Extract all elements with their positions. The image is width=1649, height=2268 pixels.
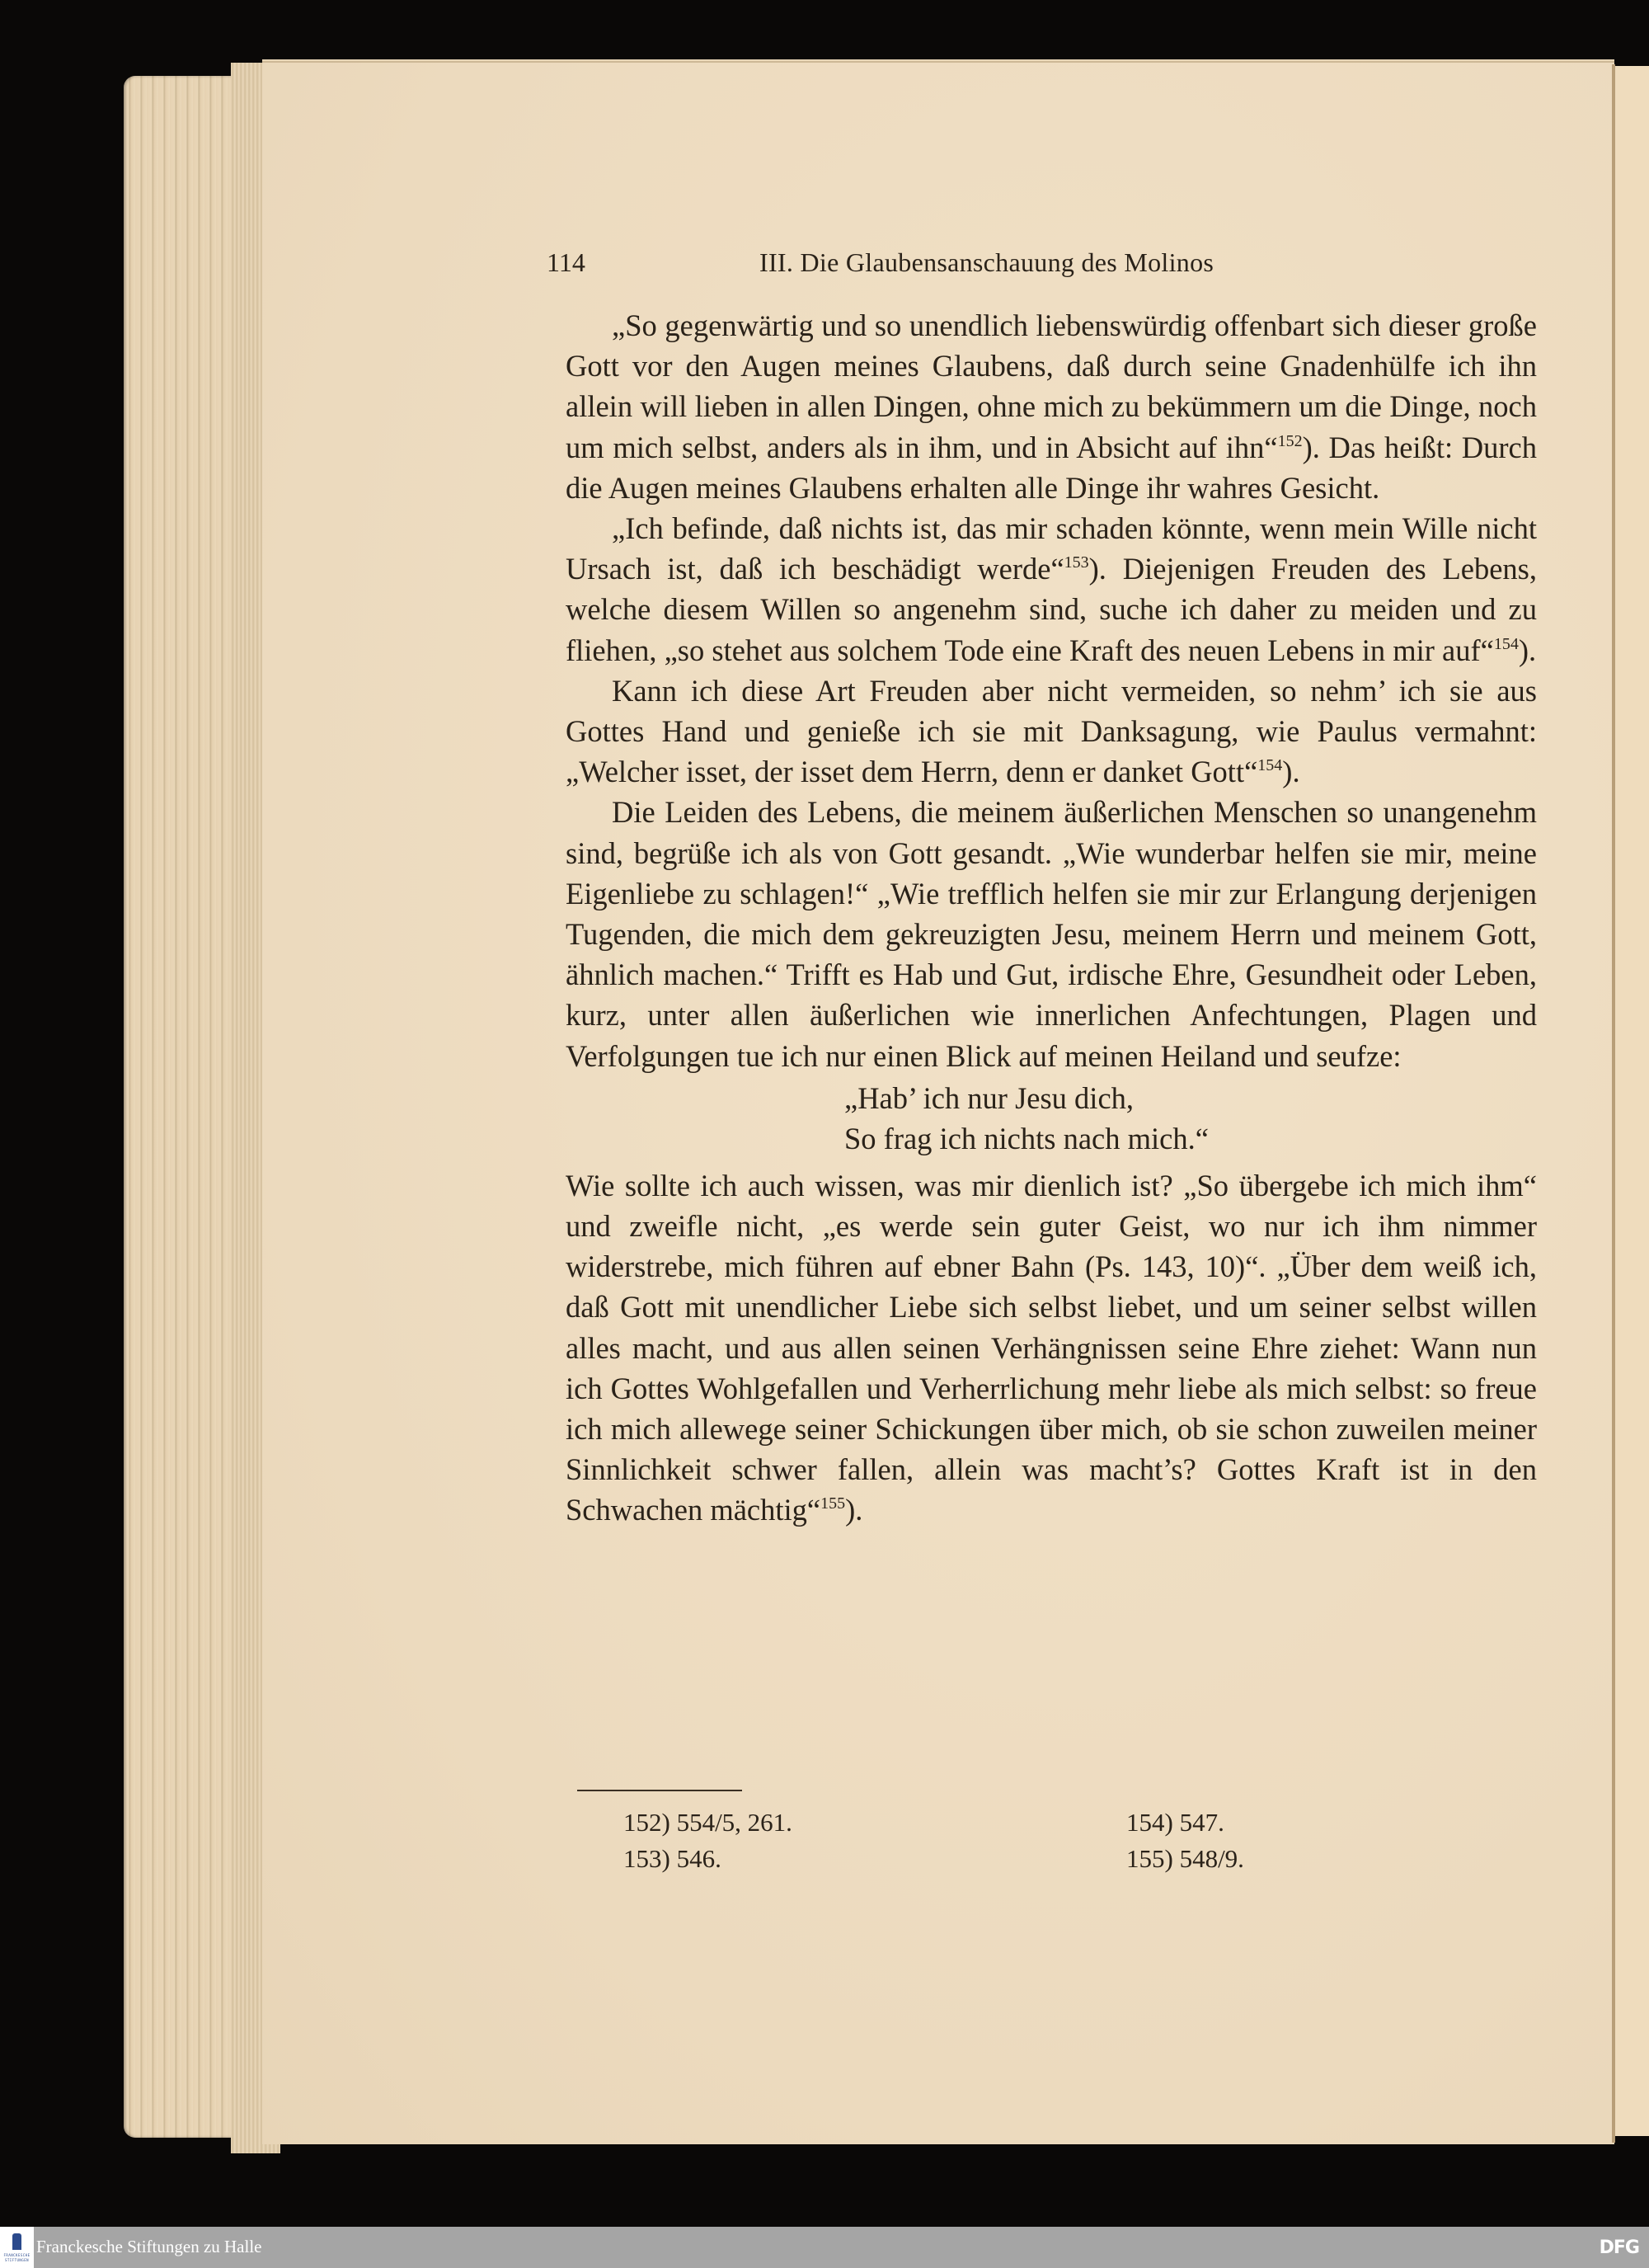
verse-quote: „Hab’ ich nur Jesu dich, So frag ich nic… [844, 1078, 1537, 1159]
footnote-155: 155) 548/9. [1126, 1841, 1244, 1877]
institution-logo[interactable]: FRANCKESCHE STIFTUNGEN [0, 2227, 34, 2268]
logo-text-2: STIFTUNGEN [1, 2258, 33, 2262]
logo-figure-icon [12, 2233, 21, 2250]
paragraph-3: Kann ich diese Art Freuden aber nicht ve… [566, 671, 1537, 793]
verse-line-2: So frag ich nichts nach mich.“ [844, 1118, 1537, 1159]
footnotes-left: 152) 554/5, 261. 153) 546. [623, 1805, 792, 1877]
paragraph-text: Wie sollte ich auch wissen, was mir dien… [566, 1169, 1537, 1527]
verse-line-1: „Hab’ ich nur Jesu dich, [844, 1078, 1537, 1118]
logo-text-1: FRANCKESCHE [1, 2253, 33, 2257]
page-top-edge [262, 59, 1614, 78]
paragraph-text: ). [1519, 633, 1536, 667]
facing-page-sliver [1615, 66, 1649, 2136]
footer-bar: FRANCKESCHE STIFTUNGEN Franckesche Stift… [0, 2227, 1649, 2268]
dfg-logo: DFG [1600, 2237, 1639, 2258]
page-number: 114 [547, 247, 585, 278]
chapter-title: III. Die Glaubensanschauung des Molinos [759, 247, 1214, 278]
footnote-152: 152) 554/5, 261. [623, 1805, 792, 1841]
paragraph-text: ). [845, 1493, 862, 1527]
footnote-ref: 154 [1257, 756, 1282, 774]
footnote-ref: 152 [1278, 432, 1303, 450]
body-text: „So gegenwärtig und so unendlich liebens… [566, 305, 1537, 1531]
footnote-ref: 153 [1064, 553, 1089, 572]
paragraph-1: „So gegenwärtig und so unendlich liebens… [566, 305, 1537, 508]
paragraph-2: „Ich befinde, daß nichts ist, das mir sc… [566, 508, 1537, 671]
paragraph-text: Kann ich diese Art Freuden aber nicht ve… [566, 674, 1537, 788]
institution-name: Franckesche Stiftungen zu Halle [36, 2237, 262, 2257]
paragraph-text: Die Leiden des Lebens, die meinem äußerl… [566, 795, 1537, 1072]
footnote-ref: 155 [820, 1494, 845, 1513]
paragraph-4: Die Leiden des Lebens, die meinem äußerl… [566, 792, 1537, 1075]
paragraph-5: Wie sollte ich auch wissen, was mir dien… [566, 1165, 1537, 1531]
footnotes-right: 154) 547. 155) 548/9. [1126, 1805, 1244, 1877]
footnote-ref: 154 [1494, 635, 1519, 653]
footnote-153: 153) 546. [623, 1841, 792, 1877]
footnote-154: 154) 547. [1126, 1805, 1244, 1841]
paragraph-text: ). [1282, 755, 1299, 788]
footnote-rule [577, 1790, 742, 1791]
